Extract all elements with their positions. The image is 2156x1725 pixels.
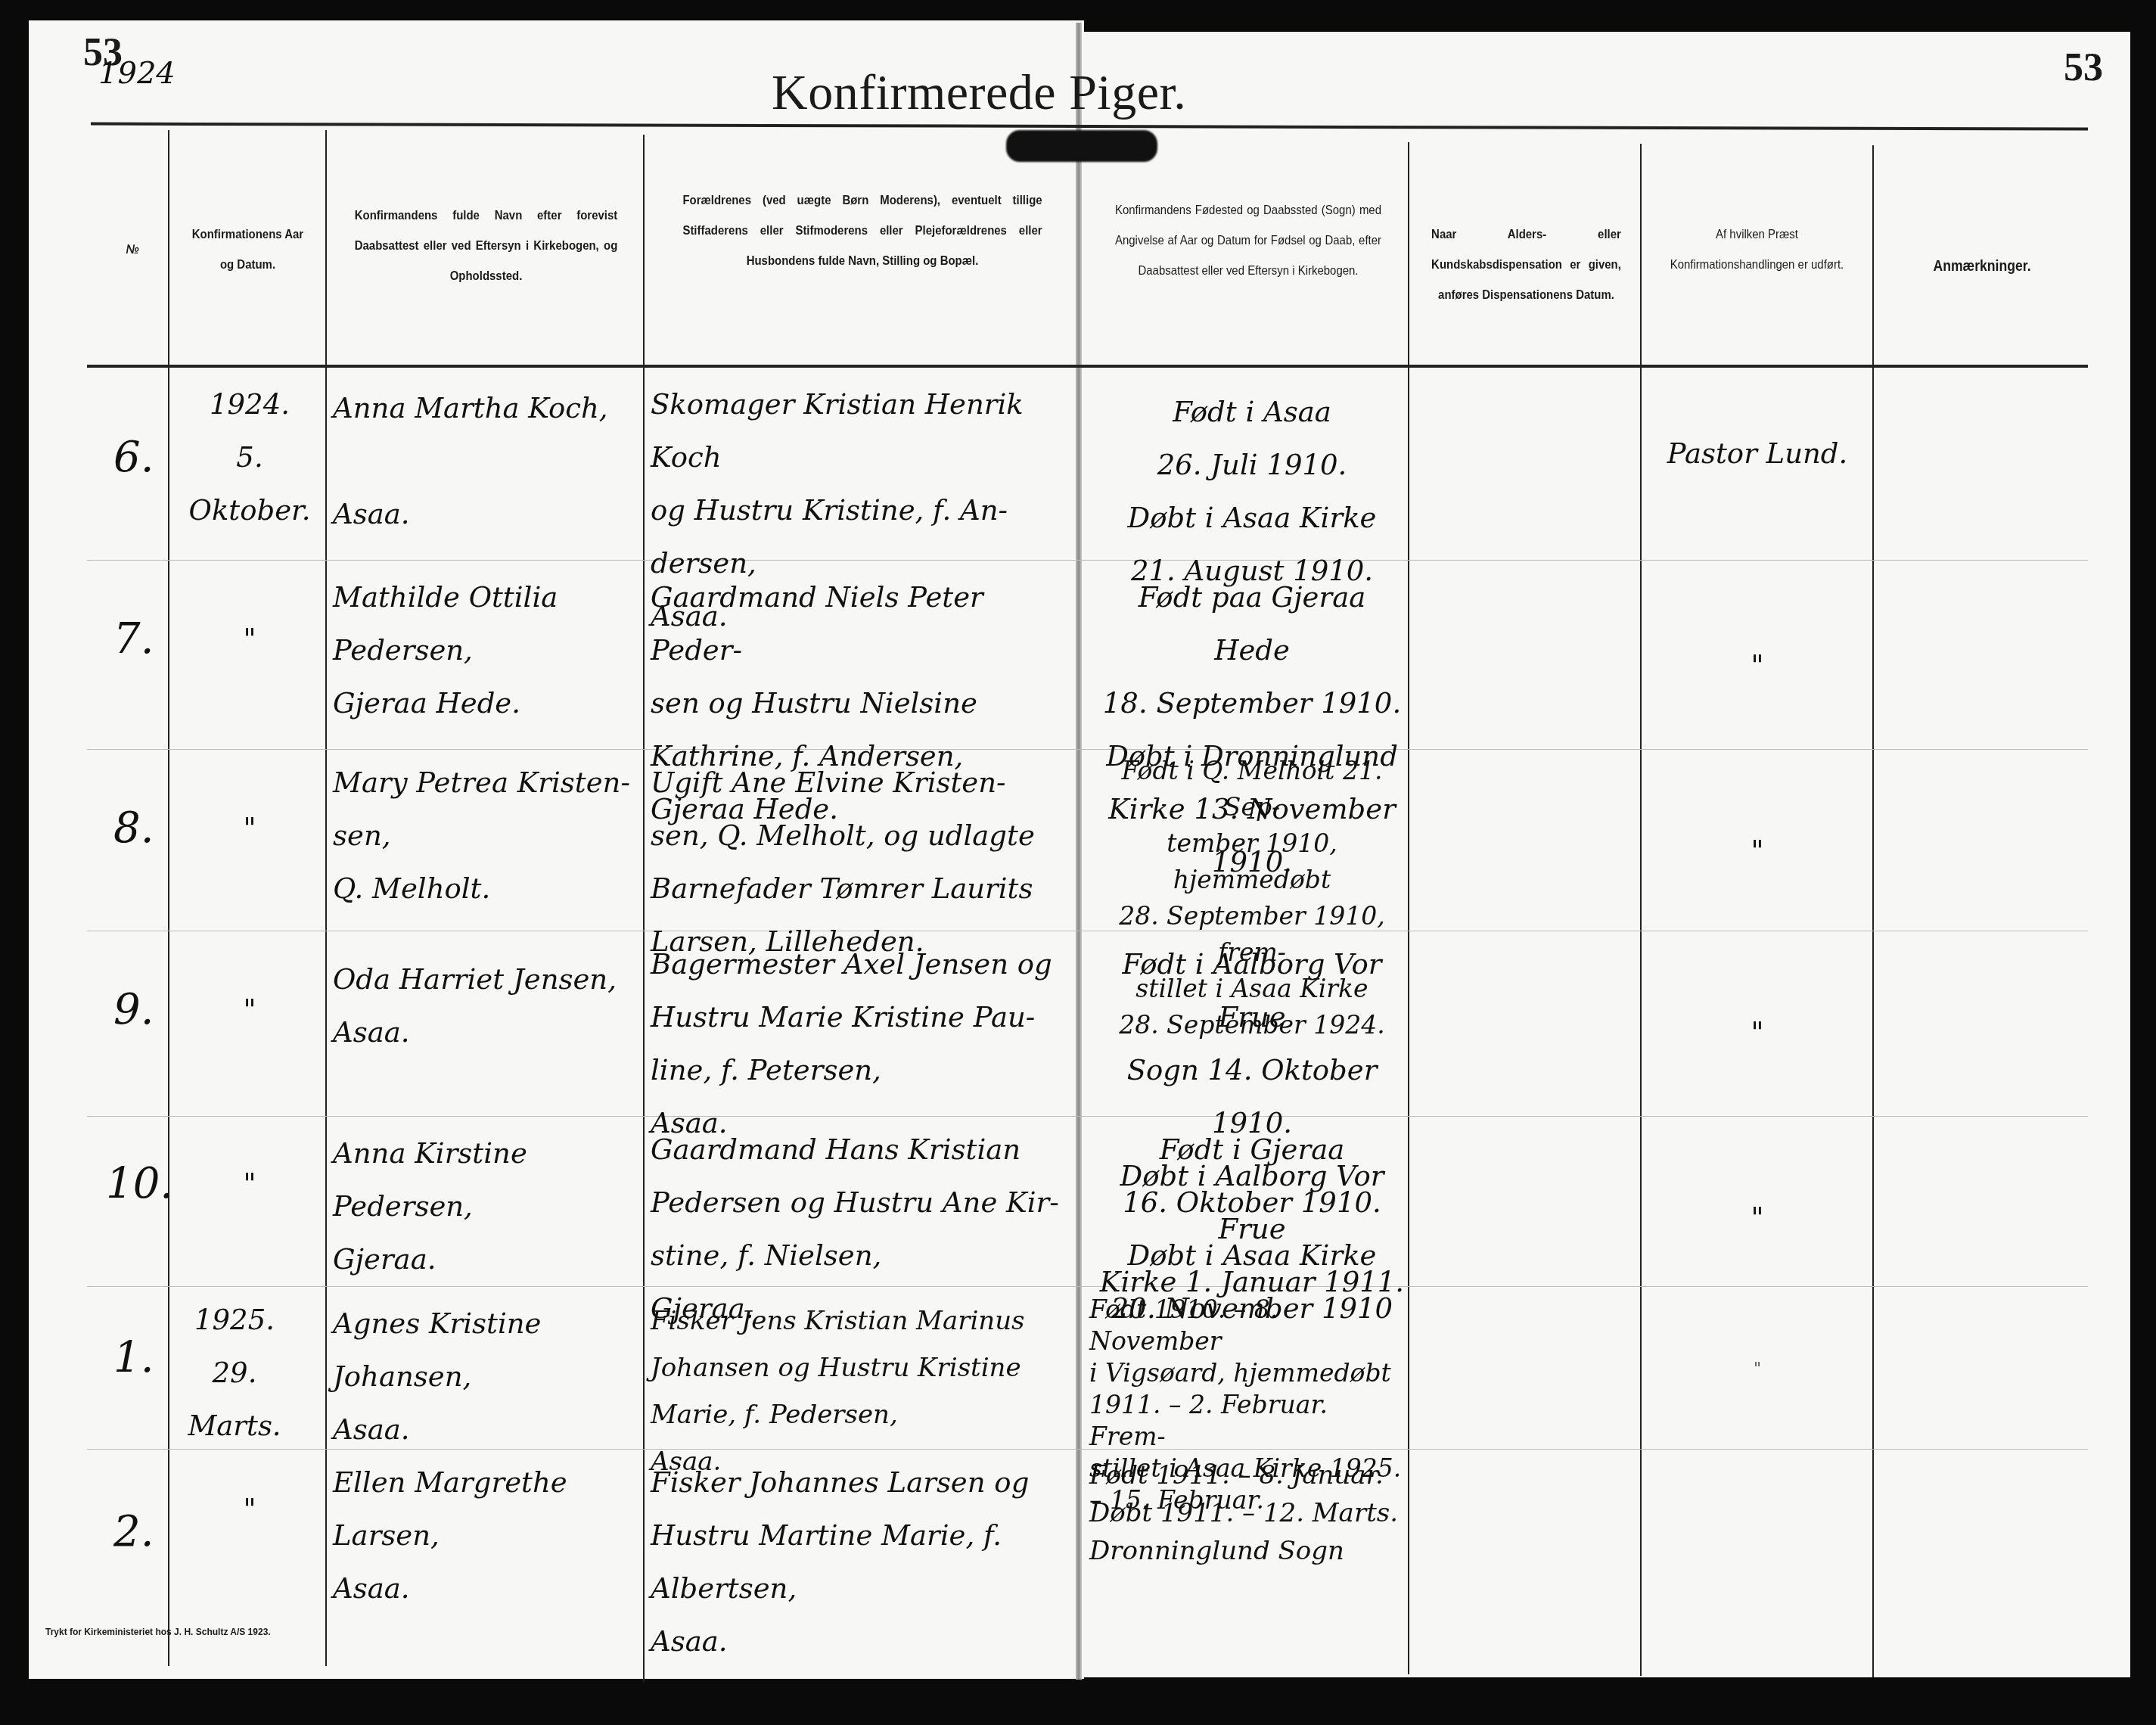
header-parents: Forældrenes (ved uægte Børn Moderens), e… xyxy=(682,185,1042,276)
row-separator xyxy=(87,931,2088,931)
col-divider xyxy=(325,130,327,1666)
entry-parents: Fisker Johannes Larsen og Hustru Martine… xyxy=(651,1456,1074,1668)
entry-name: Agnes Kristine Johansen, Asaa. xyxy=(333,1298,635,1456)
entry-date: 1924. 5. Oktober. xyxy=(178,378,322,537)
entry-date: " xyxy=(178,613,322,666)
entry-number: 8. xyxy=(113,802,154,855)
entry-number: 2. xyxy=(113,1506,154,1559)
entry-parents: Bagermester Axel Jensen og Hustru Marie … xyxy=(651,938,1074,1150)
header-remarks: Anmærkninger. xyxy=(1896,251,2069,281)
year-note: 1924 xyxy=(98,54,176,92)
binding-clip xyxy=(1006,130,1157,162)
row-separator xyxy=(87,560,2088,561)
col-divider xyxy=(643,135,645,1682)
header-number: № xyxy=(109,235,156,265)
header-dispensation: Naar Alders- eller Kundskabsdispensation… xyxy=(1431,219,1621,310)
header-priest: Af hvilken Præst Konfirmationshandlingen… xyxy=(1666,219,1849,280)
entry-name: Anna Martha Koch, Asaa. xyxy=(333,382,635,541)
header-birth: Konfirmandens Fødested og Daabssted (Sog… xyxy=(1115,195,1381,286)
entry-priest: " xyxy=(1648,1343,1867,1396)
entry-name: Anna Kirstine Pedersen, Gjeraa. xyxy=(333,1127,635,1286)
header-name: Konfirmandens fulde Navn efter forevist … xyxy=(355,200,618,291)
entry-priest: " xyxy=(1648,825,1867,878)
entry-number: 9. xyxy=(113,984,154,1037)
printer-footer: Trykt for Kirkeministeriet hos J. H. Sch… xyxy=(45,1627,271,1637)
entry-date: " xyxy=(178,984,322,1037)
book-spine xyxy=(1076,23,1082,1680)
entry-priest: " xyxy=(1648,1006,1867,1059)
entry-priest: " xyxy=(1648,1192,1867,1245)
col-divider xyxy=(1640,144,1642,1676)
entry-name: Oda Harriet Jensen, Asaa. xyxy=(333,953,635,1059)
row-separator xyxy=(87,749,2088,750)
row-separator xyxy=(87,1116,2088,1117)
header-date: Konfirmationens Aar og Datum. xyxy=(186,219,309,280)
entry-date: " xyxy=(178,1158,322,1211)
entry-name: Mathilde Ottilia Pedersen, Gjeraa Hede. xyxy=(333,571,635,730)
entry-birth: Født i Asaa 26. Juli 1910. Døbt i Asaa K… xyxy=(1097,386,1407,598)
entry-date: " xyxy=(178,1483,322,1536)
header-rule xyxy=(87,365,2088,368)
page-title: Konfirmerede Piger. xyxy=(772,64,1186,122)
entry-number: 6. xyxy=(113,431,154,484)
entry-name: Mary Petrea Kristen- sen, Q. Melholt. xyxy=(333,757,635,915)
col-divider xyxy=(1872,145,1874,1677)
entry-number: 1. xyxy=(113,1332,154,1385)
entry-priest: Pastor Lund. xyxy=(1648,427,1867,480)
entry-name: Ellen Margrethe Larsen, Asaa. xyxy=(333,1456,635,1615)
entry-date: 1925. 29. Marts. xyxy=(151,1294,318,1453)
entry-number: 10. xyxy=(106,1158,173,1211)
entry-number: 7. xyxy=(113,613,154,666)
row-separator xyxy=(87,1286,2088,1287)
page-number-right: 53 xyxy=(2064,45,2103,90)
entry-date: " xyxy=(178,802,322,855)
entry-birth: Født 1911. – 8. Januar. Døbt 1911. – 12.… xyxy=(1089,1456,1411,1570)
entry-parents: Ugift Ane Elvine Kristen- sen, Q. Melhol… xyxy=(651,757,1074,968)
entry-priest: " xyxy=(1648,639,1867,692)
